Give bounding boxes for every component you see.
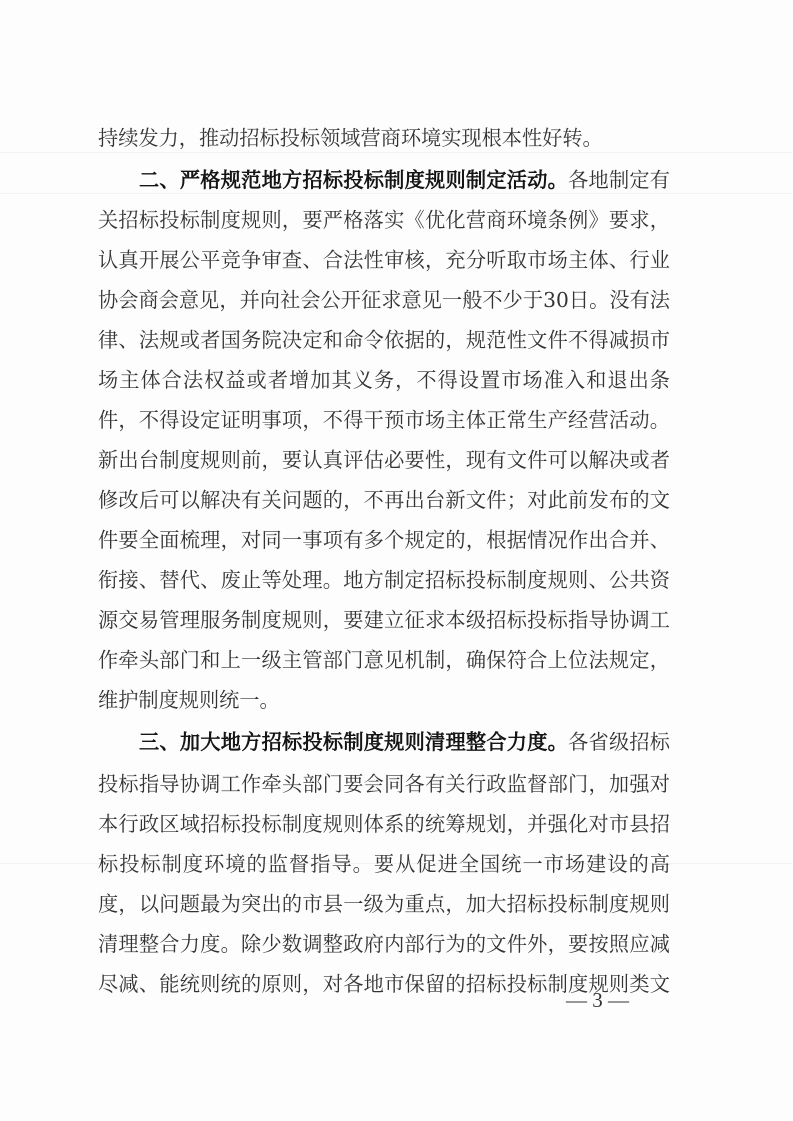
line-text: 协会商会意见，并向社会公开征求意见一般不少于30日。没有法 <box>98 288 670 312</box>
text-line: 投标指导协调工作牵头部门要会同各有关行政监督部门，加强对 <box>98 764 670 804</box>
text-line: 三、加大地方招标投标制度规则清理整合力度。各省级招标 <box>139 722 670 762</box>
page-number: — 3 — <box>566 985 629 1015</box>
line-text: 律、法规或者国务院决定和命令依据的，规范性文件不得减损市 <box>98 328 670 352</box>
text-line: 衔接、替代、废止等处理。地方制定招标投标制度规则、公共资 <box>98 560 670 600</box>
text-line: 件，不得设定证明事项，不得干预市场主体正常生产经营活动。 <box>98 400 670 440</box>
text-line: 度，以问题最为突出的市县一级为重点，加大招标投标制度规则 <box>98 884 670 924</box>
line-text: 持续发力，推动招标投标领域营商环境实现根本性好转。 <box>98 126 603 150</box>
line-text: 认真开展公平竞争审查、合法性审核，充分听取市场主体、行业 <box>98 248 670 272</box>
text-line: 清理整合力度。除少数调整政府内部行为的文件外，要按照应减 <box>98 924 670 964</box>
line-text: 关招标投标制度规则，要严格落实《优化营商环境条例》要求， <box>98 208 670 232</box>
text-line: 场主体合法权益或者增加其义务，不得设置市场准入和退出条 <box>98 360 670 400</box>
line-text: 源交易管理服务制度规则，要建立征求本级招标投标指导协调工 <box>98 608 670 632</box>
text-line: 源交易管理服务制度规则，要建立征求本级招标投标指导协调工 <box>98 600 670 640</box>
text-line: 认真开展公平竞争审查、合法性审核，充分听取市场主体、行业 <box>98 240 670 280</box>
line-text: 场主体合法权益或者增加其义务，不得设置市场准入和退出条 <box>98 368 670 392</box>
line-text: 修改后可以解决有关问题的，不再出台新文件；对此前发布的文 <box>98 488 670 512</box>
text-line: 本行政区域招标投标制度规则体系的统筹规划，并强化对市县招 <box>98 804 670 844</box>
line-text: 投标指导协调工作牵头部门要会同各有关行政监督部门，加强对 <box>98 772 670 796</box>
text-line: 二、严格规范地方招标投标制度规则制定活动。各地制定有 <box>139 160 670 200</box>
text-line: 新出台制度规则前，要认真评估必要性，现有文件可以解决或者 <box>98 440 670 480</box>
line-text: 维护制度规则统一。 <box>98 688 280 712</box>
text-line: 律、法规或者国务院决定和命令依据的，规范性文件不得减损市 <box>98 320 670 360</box>
line-text: 各地制定有 <box>568 168 670 192</box>
line-text: 各省级招标 <box>568 730 670 754</box>
line-text: 衔接、替代、废止等处理。地方制定招标投标制度规则、公共资 <box>98 568 670 592</box>
text-line: 修改后可以解决有关问题的，不再出台新文件；对此前发布的文 <box>98 480 670 520</box>
text-line: 件要全面梳理，对同一事项有多个规定的，根据情况作出合并、 <box>98 520 670 560</box>
text-line: 作牵头部门和上一级主管部门意见机制，确保符合上位法规定， <box>98 640 670 680</box>
text-line: 关招标投标制度规则，要严格落实《优化营商环境条例》要求， <box>98 200 670 240</box>
line-text: 新出台制度规则前，要认真评估必要性，现有文件可以解决或者 <box>98 448 670 472</box>
line-text: 件要全面梳理，对同一事项有多个规定的，根据情况作出合并、 <box>98 528 670 552</box>
line-text: 标投标制度环境的监督指导。要从促进全国统一市场建设的高 <box>98 852 670 876</box>
text-line: 维护制度规则统一。 <box>98 680 670 720</box>
text-line: 标投标制度环境的监督指导。要从促进全国统一市场建设的高 <box>98 844 670 884</box>
section-heading: 二、严格规范地方招标投标制度规则制定活动。 <box>139 168 568 192</box>
line-text: 本行政区域招标投标制度规则体系的统筹规划，并强化对市县招 <box>98 812 670 836</box>
text-line: 持续发力，推动招标投标领域营商环境实现根本性好转。 <box>98 118 670 158</box>
line-text: 度，以问题最为突出的市县一级为重点，加大招标投标制度规则 <box>98 892 670 916</box>
section-heading: 三、加大地方招标投标制度规则清理整合力度。 <box>139 730 568 754</box>
line-text: 清理整合力度。除少数调整政府内部行为的文件外，要按照应减 <box>98 932 670 956</box>
line-text: 件，不得设定证明事项，不得干预市场主体正常生产经营活动。 <box>98 408 670 432</box>
line-text: 作牵头部门和上一级主管部门意见机制，确保符合上位法规定， <box>98 648 670 672</box>
text-line: 协会商会意见，并向社会公开征求意见一般不少于30日。没有法 <box>98 280 670 320</box>
document-page: 持续发力，推动招标投标领域营商环境实现根本性好转。二、严格规范地方招标投标制度规… <box>0 0 793 1121</box>
